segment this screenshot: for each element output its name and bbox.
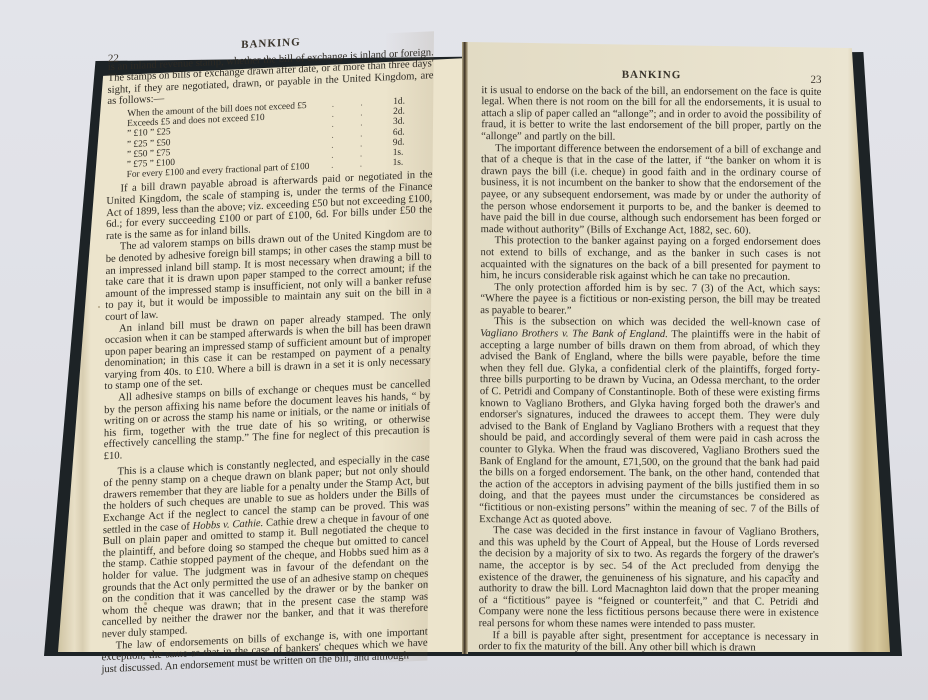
stamp-duty-table: When the amount of the bill does not exc… [107, 95, 434, 181]
right-running-head: BANKING 23 [481, 69, 821, 82]
left-page-number: 22 [108, 54, 119, 66]
right-paragraph: The case was decided in the first instan… [479, 525, 820, 631]
right-paragraph: The important difference between the end… [481, 143, 821, 238]
left-paragraph: The ad valorem stamps on bills drawn out… [105, 228, 432, 324]
right-page: BANKING 23 it is usual to endorse on the… [478, 69, 821, 654]
book-gutter [462, 42, 468, 654]
left-paragraph: All adhesive stamps on bills of exchange… [104, 378, 431, 462]
left-page: 22 BANKING is an inland revenue stamp, w… [101, 31, 434, 675]
right-paragraph: The only protection afforded him is by s… [480, 282, 820, 319]
right-running-head-title: BANKING [622, 69, 682, 81]
right-paragraph: This protection to the banker against pa… [480, 235, 820, 283]
left-paragraph: This is a clause which is constantly neg… [102, 452, 430, 641]
right-page-number: 23 [810, 75, 821, 87]
left-running-head-title: BANKING [241, 36, 301, 51]
case-citation: Vagliano Brothers v. The Bank of England… [480, 328, 668, 340]
right-paragraph: This is the subsection on which was deci… [479, 317, 820, 527]
right-paragraph: it is usual to endorse on the back of th… [481, 85, 821, 145]
right-paragraph: If a bill is payable after sight, presen… [478, 630, 818, 655]
signature-mark: 3 [788, 567, 794, 579]
